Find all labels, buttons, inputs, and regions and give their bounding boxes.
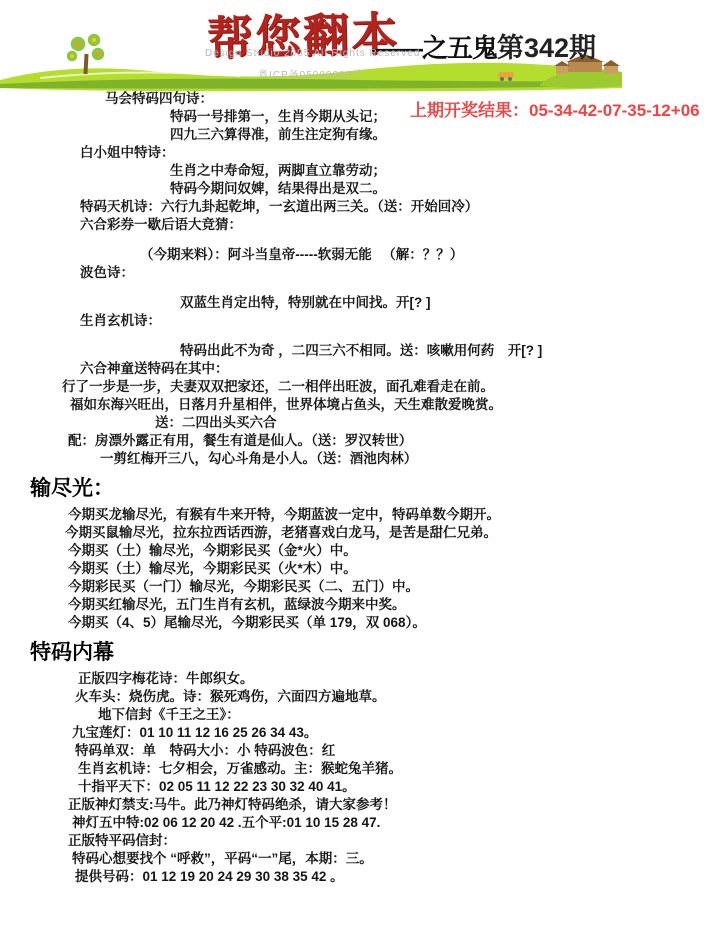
text-line: 火车头：烧伤虎。诗：猴死鸡伤，六面四方遍地草。: [0, 688, 720, 706]
text-line: 一剪红梅开三八，勾心斗角是小人。（送：酒池肉林）: [0, 450, 720, 468]
text-line: 正版四字梅花诗：牛郎织女。: [0, 670, 720, 688]
text-line: 今期买龙输尽光，有猴有牛来开特，今期蓝波一定中，特码单数今期开。: [0, 506, 720, 524]
text-line: 四九三六算得准，前生注定狗有缘。: [0, 126, 720, 144]
section-header: 特码内幕: [0, 638, 720, 666]
body-lines: 马会特码四句诗：特码一号排第一，生肖今期从头记；四九三六算得准，前生注定狗有缘。…: [0, 88, 720, 886]
text-line: 特码单双：单 特码大小：小 特码波色：红: [0, 742, 720, 760]
text-line: 特码天机诗：六行九卦起乾坤，一玄道出两三关。（送：开始回冷）: [0, 198, 720, 216]
text-line: 今期买（土）输尽光，今期彩民买（金*火）中。: [0, 542, 720, 560]
text-line: 今期买（土）输尽光，今期彩民买（火*木）中。: [0, 560, 720, 578]
text-line: 生肖之中寿命短，两脚直立靠劳动；: [0, 162, 720, 180]
page-subtitle: ——之五鬼: [372, 28, 497, 65]
text-line: 特码今期问奴婢，结果得出是双二。: [0, 180, 720, 198]
text-line: 生肖玄机诗：七夕相会，万雀感动。主：猴蛇兔羊猪。: [0, 760, 720, 778]
text-line: 地下信封《千王之王》：: [0, 706, 720, 724]
text-line: 提供号码：01 12 19 20 24 29 30 38 35 42 。: [0, 868, 720, 886]
text-line: 今期买红输尽光，五门生肖有玄机，蓝绿波今期来中奖。: [0, 596, 720, 614]
text-line: 福如东海兴旺出，日落月升星相伴，世界体境占鱼头，天生难散爱晚赏。: [0, 396, 720, 414]
text-line: 六合彩券一歇后语大竞猜：: [0, 216, 720, 234]
spacer: [0, 234, 720, 246]
text-line: 白小姐中特诗：: [0, 144, 720, 162]
text-line: 十指平天下：02 05 11 12 22 23 30 32 40 41。: [0, 778, 720, 796]
text-line: 九宝莲灯：01 10 11 12 16 25 26 34 43。: [0, 724, 720, 742]
cartoon-tree-icon: [66, 33, 105, 74]
text-line: 配：房漂外露正有用，餐生有道是仙人。（送：罗汉转世）: [0, 432, 720, 450]
section-header: 输尽光：: [0, 474, 720, 502]
spacer: [0, 282, 720, 294]
copyright-watermark: Design Studio 2005 All Rights Reserved.: [205, 48, 424, 59]
text-line: 今期彩民买（一门）输尽光，今期彩民买（二、五门）中。: [0, 578, 720, 596]
issue-number: 第342期: [497, 26, 596, 65]
text-line: （今期来料）：阿斗当皇帝-----软弱无能 （解：？？）: [0, 246, 720, 264]
header: Design Studio 2005 All Rights Reserved. …: [0, 0, 720, 88]
icp-watermark: 粤ICP备05000000号: [258, 66, 363, 81]
text-line: 今期买鼠输尽光，拉东拉西话西游，老猪喜戏白龙马，是苦是甜仁兄弟。: [0, 524, 720, 542]
text-line: 行了一步是一步，夫妻双双把家还，二一相伴出旺波，面孔难看走在前。: [0, 378, 720, 396]
text-line: 六合神童送特码在其中：: [0, 360, 720, 378]
text-line: 正版特平码信封：: [0, 832, 720, 850]
text-line: 双蓝生肖定出特，特别就在中间找。开[? ]: [0, 294, 720, 312]
text-line: 神灯五中特:02 06 12 20 42 .五个平:01 10 15 28 47…: [0, 814, 720, 832]
text-line: 送：二四出头买六合: [0, 414, 720, 432]
text-line: 特码心想要找个 “呼救”，平码“一”尾，本期：三。: [0, 850, 720, 868]
text-line: 生肖玄机诗：: [0, 312, 720, 330]
lottery-tip-sheet: Design Studio 2005 All Rights Reserved. …: [0, 0, 720, 942]
spacer: [0, 330, 720, 342]
last-draw-result: 上期开奖结果：05-34-42-07-35-12+06: [410, 96, 700, 121]
text-line: 今期买（4、5）尾输尽光，今期彩民买（单 179，双 068）。: [0, 614, 720, 632]
text-line: 波色诗：: [0, 264, 720, 282]
text-line: 特码出此不为奇 ，二四三六不相同。送：咳嗽用何药 开[? ]: [0, 342, 720, 360]
text-line: 正版神灯禁支:马牛。此乃神灯特码绝杀，请大家参考！: [0, 796, 720, 814]
